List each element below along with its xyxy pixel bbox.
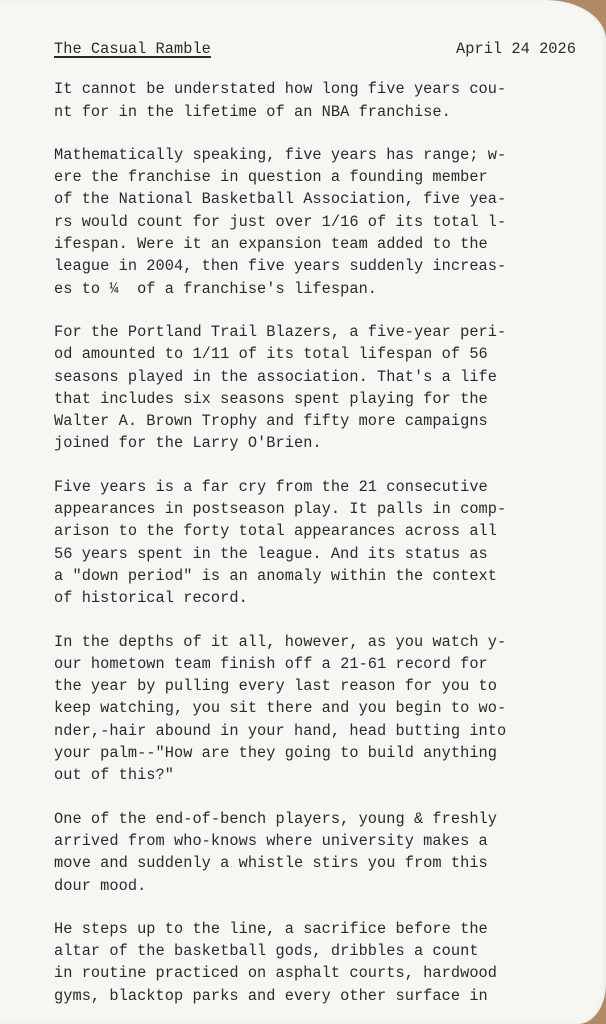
text-line: appearances in postseason play. It palls…	[54, 498, 574, 520]
date-line: April 24 2026	[456, 38, 576, 60]
text-line: es to ¼ of a franchise's lifespan.	[54, 278, 574, 300]
text-line: your palm--"How are they going to build …	[54, 742, 574, 764]
text-line: the year by pulling every last reason fo…	[54, 675, 574, 697]
text-line: a "down period" is an anomaly within the…	[54, 565, 574, 587]
text-line: For the Portland Trail Blazers, a five-y…	[54, 321, 574, 343]
page-content: The Casual Ramble April 24 2026 It canno…	[54, 38, 574, 1024]
text-line: One of the end-of-bench players, young &…	[54, 808, 574, 830]
text-line: joined for the Larry O'Brien.	[54, 432, 574, 454]
text-line: altar of the basketball gods, dribbles a…	[54, 940, 574, 962]
text-line: of the National Basketball Association, …	[54, 188, 574, 210]
text-line: arison to the forty total appearances ac…	[54, 520, 574, 542]
text-line: Mathematically speaking, five years has …	[54, 144, 574, 166]
paragraph: One of the end-of-bench players, young &…	[54, 808, 574, 897]
paragraph: It cannot be understated how long five y…	[54, 78, 574, 123]
text-line: ifespan. Were it an expansion team added…	[54, 233, 574, 255]
text-line: our hometown team finish off a 21-61 rec…	[54, 653, 574, 675]
text-line: rs would count for just over 1/16 of its…	[54, 211, 574, 233]
text-line: league in 2004, then five years suddenly…	[54, 255, 574, 277]
text-line: in routine practiced on asphalt courts, …	[54, 962, 574, 984]
text-line: move and suddenly a whistle stirs you fr…	[54, 852, 574, 874]
text-line: od amounted to 1/11 of its total lifespa…	[54, 343, 574, 365]
column-title: The Casual Ramble	[54, 38, 211, 60]
paragraph: Five years is a far cry from the 21 cons…	[54, 476, 574, 610]
text-line: dour mood.	[54, 875, 574, 897]
text-line: 56 years spent in the league. And its st…	[54, 543, 574, 565]
text-line: that includes six seasons spent playing …	[54, 388, 574, 410]
text-line: ere the franchise in question a founding…	[54, 166, 574, 188]
paragraph: Mathematically speaking, five years has …	[54, 144, 574, 300]
text-line: It cannot be understated how long five y…	[54, 78, 574, 100]
text-line: arrived from who-knows where university …	[54, 830, 574, 852]
text-line: In the depths of it all, however, as you…	[54, 631, 574, 653]
body-text: It cannot be understated how long five y…	[54, 78, 574, 1007]
paragraph: For the Portland Trail Blazers, a five-y…	[54, 321, 574, 455]
text-line: Five years is a far cry from the 21 cons…	[54, 476, 574, 498]
text-line: seasons played in the association. That'…	[54, 366, 574, 388]
text-line: keep watching, you sit there and you beg…	[54, 697, 574, 719]
text-line: nder,-hair abound in your hand, head but…	[54, 720, 574, 742]
text-line: Walter A. Brown Trophy and fifty more ca…	[54, 410, 574, 432]
typewritten-page: The Casual Ramble April 24 2026 It canno…	[0, 0, 606, 1024]
text-line: He steps up to the line, a sacrifice bef…	[54, 918, 574, 940]
page-header: The Casual Ramble April 24 2026	[54, 38, 574, 60]
text-line: of historical record.	[54, 587, 574, 609]
text-line: nt for in the lifetime of an NBA franchi…	[54, 101, 574, 123]
paragraph: He steps up to the line, a sacrifice bef…	[54, 918, 574, 1007]
paragraph: In the depths of it all, however, as you…	[54, 631, 574, 787]
text-line: out of this?"	[54, 764, 574, 786]
text-line: gyms, blacktop parks and every other sur…	[54, 985, 574, 1007]
